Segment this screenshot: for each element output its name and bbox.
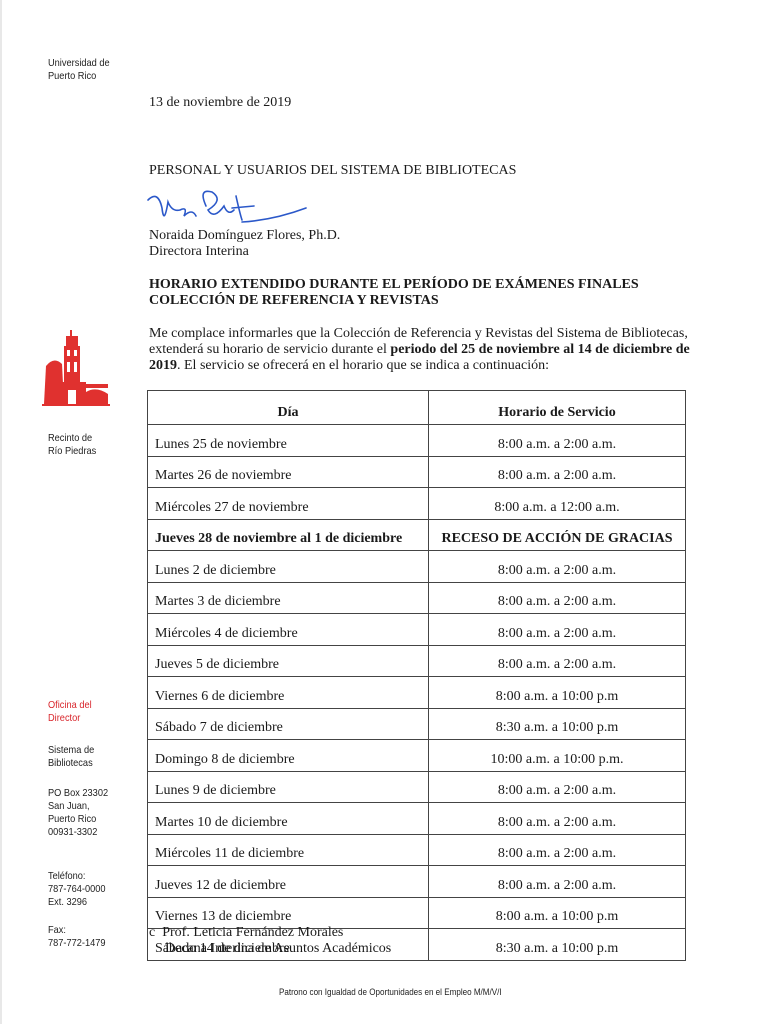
fax-label: Fax:: [48, 924, 106, 937]
mailing-address: PO Box 23302 San Juan, Puerto Rico 00931…: [48, 787, 108, 839]
cc-name: Prof. Leticia Fernández Morales: [162, 925, 343, 940]
recipient-line: PERSONAL Y USUARIOS DEL SISTEMA DE BIBLI…: [149, 163, 516, 179]
hours-cell: RECESO DE ACCIÓN DE GRACIAS: [429, 519, 686, 551]
day-cell: Jueves 28 de noviembre al 1 de diciembre: [148, 519, 429, 551]
day-cell: Miércoles 11 de diciembre: [148, 834, 429, 866]
letter-date: 13 de noviembre de 2019: [149, 95, 291, 111]
header-hours: Horario de Servicio: [429, 391, 686, 425]
day-cell: Miércoles 27 de noviembre: [148, 488, 429, 520]
hours-cell: 10:00 a.m. a 10:00 p.m.: [429, 740, 686, 772]
schedule-table: Día Horario de Servicio Lunes 25 de novi…: [147, 390, 686, 961]
table-row: Jueves 28 de noviembre al 1 de diciembre…: [148, 519, 686, 551]
body-text-end: . El servicio se ofrecerá en el horario …: [177, 358, 549, 373]
table-row: Sábado 7 de diciembre8:30 a.m. a 10:00 p…: [148, 708, 686, 740]
footer-equal-opportunity: Patrono con Igualdad de Oportunidades en…: [279, 987, 502, 998]
fax-info: Fax: 787-772-1479: [48, 924, 106, 950]
day-cell: Martes 10 de diciembre: [148, 803, 429, 835]
phone-number: 787-764-0000: [48, 883, 106, 896]
day-cell: Lunes 2 de diciembre: [148, 551, 429, 583]
day-cell: Domingo 8 de diciembre: [148, 740, 429, 772]
table-row: Viernes 13 de diciembre8:00 a.m. a 10:00…: [148, 897, 686, 929]
address-line: Puerto Rico: [48, 813, 108, 826]
hours-cell: 8:00 a.m. a 2:00 a.m.: [429, 582, 686, 614]
cc-block: c Prof. Leticia Fernández Morales: [149, 925, 343, 941]
tower-logo-icon: [40, 326, 112, 408]
hours-cell: 8:30 a.m. a 10:00 p.m: [429, 929, 686, 961]
office-line: Oficina del: [48, 699, 92, 712]
hours-cell: 8:00 a.m. a 2:00 a.m.: [429, 866, 686, 898]
hours-cell: 8:00 a.m. a 2:00 a.m.: [429, 425, 686, 457]
table-row: Martes 26 de noviembre8:00 a.m. a 2:00 a…: [148, 456, 686, 488]
table-row: Lunes 9 de diciembre8:00 a.m. a 2:00 a.m…: [148, 771, 686, 803]
table-row: Domingo 8 de diciembre10:00 a.m. a 10:00…: [148, 740, 686, 772]
day-cell: Martes 26 de noviembre: [148, 456, 429, 488]
table-row: Martes 3 de diciembre8:00 a.m. a 2:00 a.…: [148, 582, 686, 614]
signer-name: Noraida Domínguez Flores, Ph.D.: [149, 228, 340, 244]
day-cell: Jueves 5 de diciembre: [148, 645, 429, 677]
signer-title: Directora Interina: [149, 244, 249, 260]
hours-cell: 8:00 a.m. a 2:00 a.m.: [429, 803, 686, 835]
table-row: Martes 10 de diciembre8:00 a.m. a 2:00 a…: [148, 803, 686, 835]
table-row: Lunes 25 de noviembre8:00 a.m. a 2:00 a.…: [148, 425, 686, 457]
phone-info: Teléfono: 787-764-0000 Ext. 3296: [48, 870, 106, 909]
office-name: Oficina del Director: [48, 699, 92, 725]
signature-icon: [144, 186, 314, 234]
campus-line: Recinto de: [48, 432, 96, 445]
institution-name: Universidad de Puerto Rico: [48, 57, 110, 83]
table-row: Jueves 5 de diciembre8:00 a.m. a 2:00 a.…: [148, 645, 686, 677]
table-row: Miércoles 27 de noviembre8:00 a.m. a 12:…: [148, 488, 686, 520]
day-cell: Lunes 25 de noviembre: [148, 425, 429, 457]
department-name: Sistema de Bibliotecas: [48, 744, 94, 770]
table-row: Jueves 12 de diciembre8:00 a.m. a 2:00 a…: [148, 866, 686, 898]
table-row: Viernes 6 de diciembre8:00 a.m. a 10:00 …: [148, 677, 686, 709]
hours-cell: 8:00 a.m. a 10:00 p.m: [429, 677, 686, 709]
hours-cell: 8:00 a.m. a 2:00 a.m.: [429, 645, 686, 677]
day-cell: Martes 3 de diciembre: [148, 582, 429, 614]
institution-line: Puerto Rico: [48, 70, 110, 83]
table-row: Miércoles 11 de diciembre8:00 a.m. a 2:0…: [148, 834, 686, 866]
table-header-row: Día Horario de Servicio: [148, 391, 686, 425]
hours-cell: 8:00 a.m. a 2:00 a.m.: [429, 834, 686, 866]
phone-label: Teléfono:: [48, 870, 106, 883]
subject-line-2: COLECCIÓN DE REFERENCIA Y REVISTAS: [149, 293, 439, 309]
header-day: Día: [148, 391, 429, 425]
cc-marker: c: [149, 925, 155, 940]
institution-line: Universidad de: [48, 57, 110, 70]
hours-cell: 8:00 a.m. a 2:00 a.m.: [429, 551, 686, 583]
table-row: Miércoles 4 de diciembre8:00 a.m. a 2:00…: [148, 614, 686, 646]
address-line: San Juan,: [48, 800, 108, 813]
phone-extension: Ext. 3296: [48, 896, 106, 909]
address-line: PO Box 23302: [48, 787, 108, 800]
address-line: 00931-3302: [48, 826, 108, 839]
subject-line-1: HORARIO EXTENDIDO DURANTE EL PERÍODO DE …: [149, 277, 639, 293]
hours-cell: 8:00 a.m. a 12:00 a.m.: [429, 488, 686, 520]
day-cell: Lunes 9 de diciembre: [148, 771, 429, 803]
hours-cell: 8:00 a.m. a 2:00 a.m.: [429, 771, 686, 803]
fax-number: 787-772-1479: [48, 937, 106, 950]
hours-cell: 8:00 a.m. a 2:00 a.m.: [429, 614, 686, 646]
day-cell: Viernes 13 de diciembre: [148, 897, 429, 929]
day-cell: Miércoles 4 de diciembre: [148, 614, 429, 646]
cc-title: Decana Interina de Asuntos Académicos: [165, 941, 391, 957]
schedule-body: Lunes 25 de noviembre8:00 a.m. a 2:00 a.…: [148, 425, 686, 961]
hours-cell: 8:00 a.m. a 10:00 p.m: [429, 897, 686, 929]
day-cell: Viernes 6 de diciembre: [148, 677, 429, 709]
letter-body: Me complace informarles que la Colección…: [149, 326, 694, 374]
campus-line: Río Piedras: [48, 445, 96, 458]
day-cell: Sábado 7 de diciembre: [148, 708, 429, 740]
table-row: Lunes 2 de diciembre8:00 a.m. a 2:00 a.m…: [148, 551, 686, 583]
department-line: Bibliotecas: [48, 757, 94, 770]
hours-cell: 8:00 a.m. a 2:00 a.m.: [429, 456, 686, 488]
hours-cell: 8:30 a.m. a 10:00 p.m: [429, 708, 686, 740]
office-line: Director: [48, 712, 92, 725]
day-cell: Jueves 12 de diciembre: [148, 866, 429, 898]
campus-name: Recinto de Río Piedras: [48, 432, 96, 458]
department-line: Sistema de: [48, 744, 94, 757]
scan-edge: [0, 0, 2, 1024]
